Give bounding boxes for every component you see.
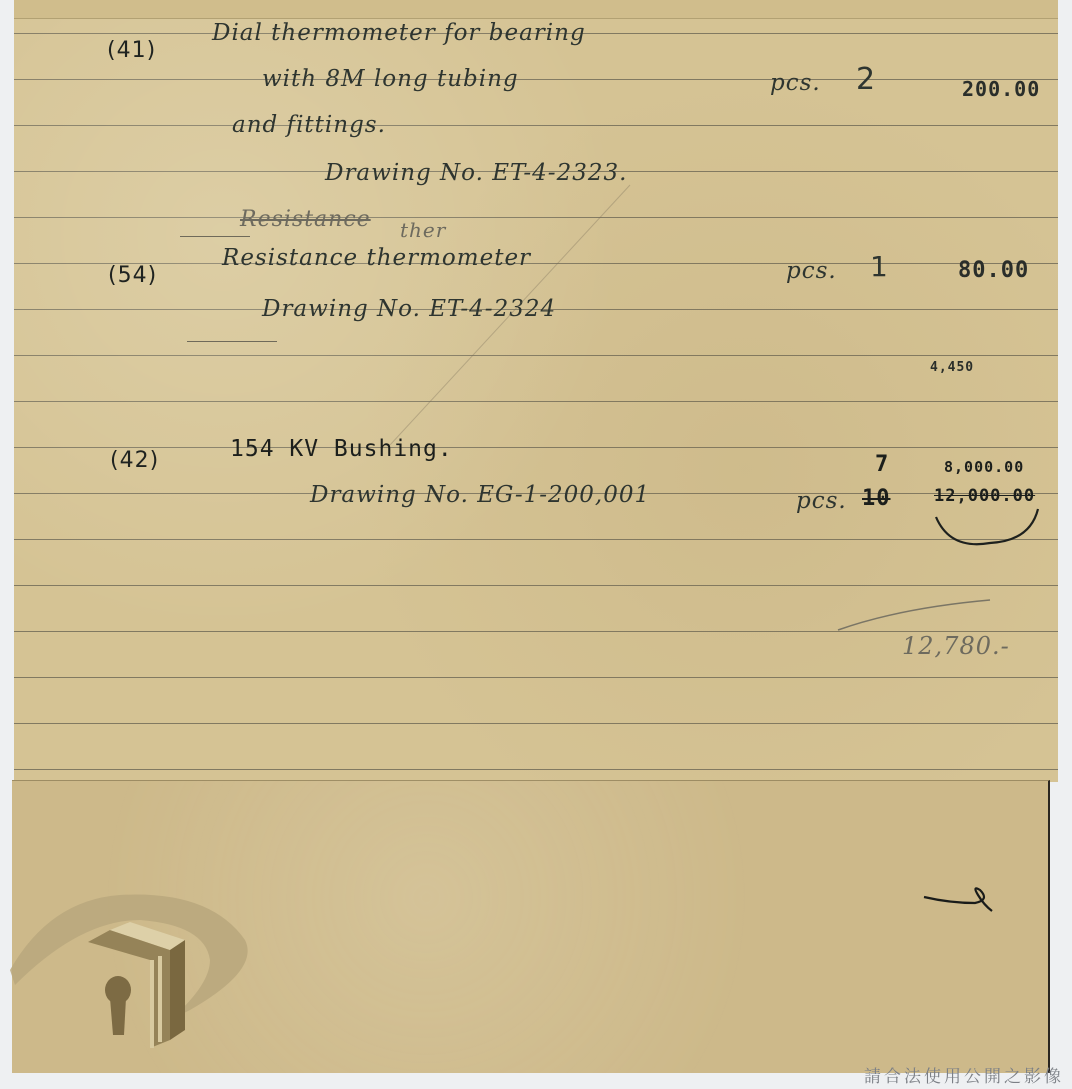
item-42-unit: pcs. [796, 488, 847, 514]
item-42-amount: 8,000.00 [944, 458, 1024, 476]
archive-logo [10, 890, 250, 1070]
subtotal-note: 4,450 [930, 360, 974, 375]
item-41-unit: pcs. [770, 70, 821, 96]
pencil-total: 12,780.- [902, 632, 1010, 660]
item-42-quantity-crossed: 10 [862, 486, 891, 511]
pencil-stroke [187, 341, 277, 342]
item-41-amount: 200.00 [962, 77, 1040, 101]
item-number-42: (42) [110, 448, 159, 473]
item-54-quantity: 1 [870, 250, 889, 283]
item-42-amount-crossed: 12,000.00 [934, 486, 1035, 506]
item-41-quantity: 2 [856, 62, 876, 97]
item-41-desc-line1: Dial thermometer for bearing [212, 20, 586, 46]
item-number-41: (41) [107, 38, 156, 63]
usage-watermark: 請合法使用公開之影像 [864, 1062, 1064, 1087]
initial-mark [920, 885, 995, 920]
item-41-desc-line2: with 8M long tubing [262, 66, 519, 92]
item-54-unit: pcs. [786, 258, 837, 284]
item-number-54: (54) [108, 263, 157, 288]
amount-circle-mark [930, 505, 1045, 555]
item-42-quantity: 7 [875, 452, 889, 477]
diagonal-pencil-line [380, 180, 640, 450]
item-54-amount: 80.00 [958, 258, 1029, 283]
item-42-drawing: Drawing No. EG-1-200,001 [310, 482, 650, 508]
book-keyhole-archive-logo-icon [10, 890, 250, 1070]
item-41-desc-line3: and fittings. [232, 112, 386, 138]
item-54-crossed-text: Resistance [240, 207, 371, 232]
pencil-stroke [180, 236, 250, 237]
